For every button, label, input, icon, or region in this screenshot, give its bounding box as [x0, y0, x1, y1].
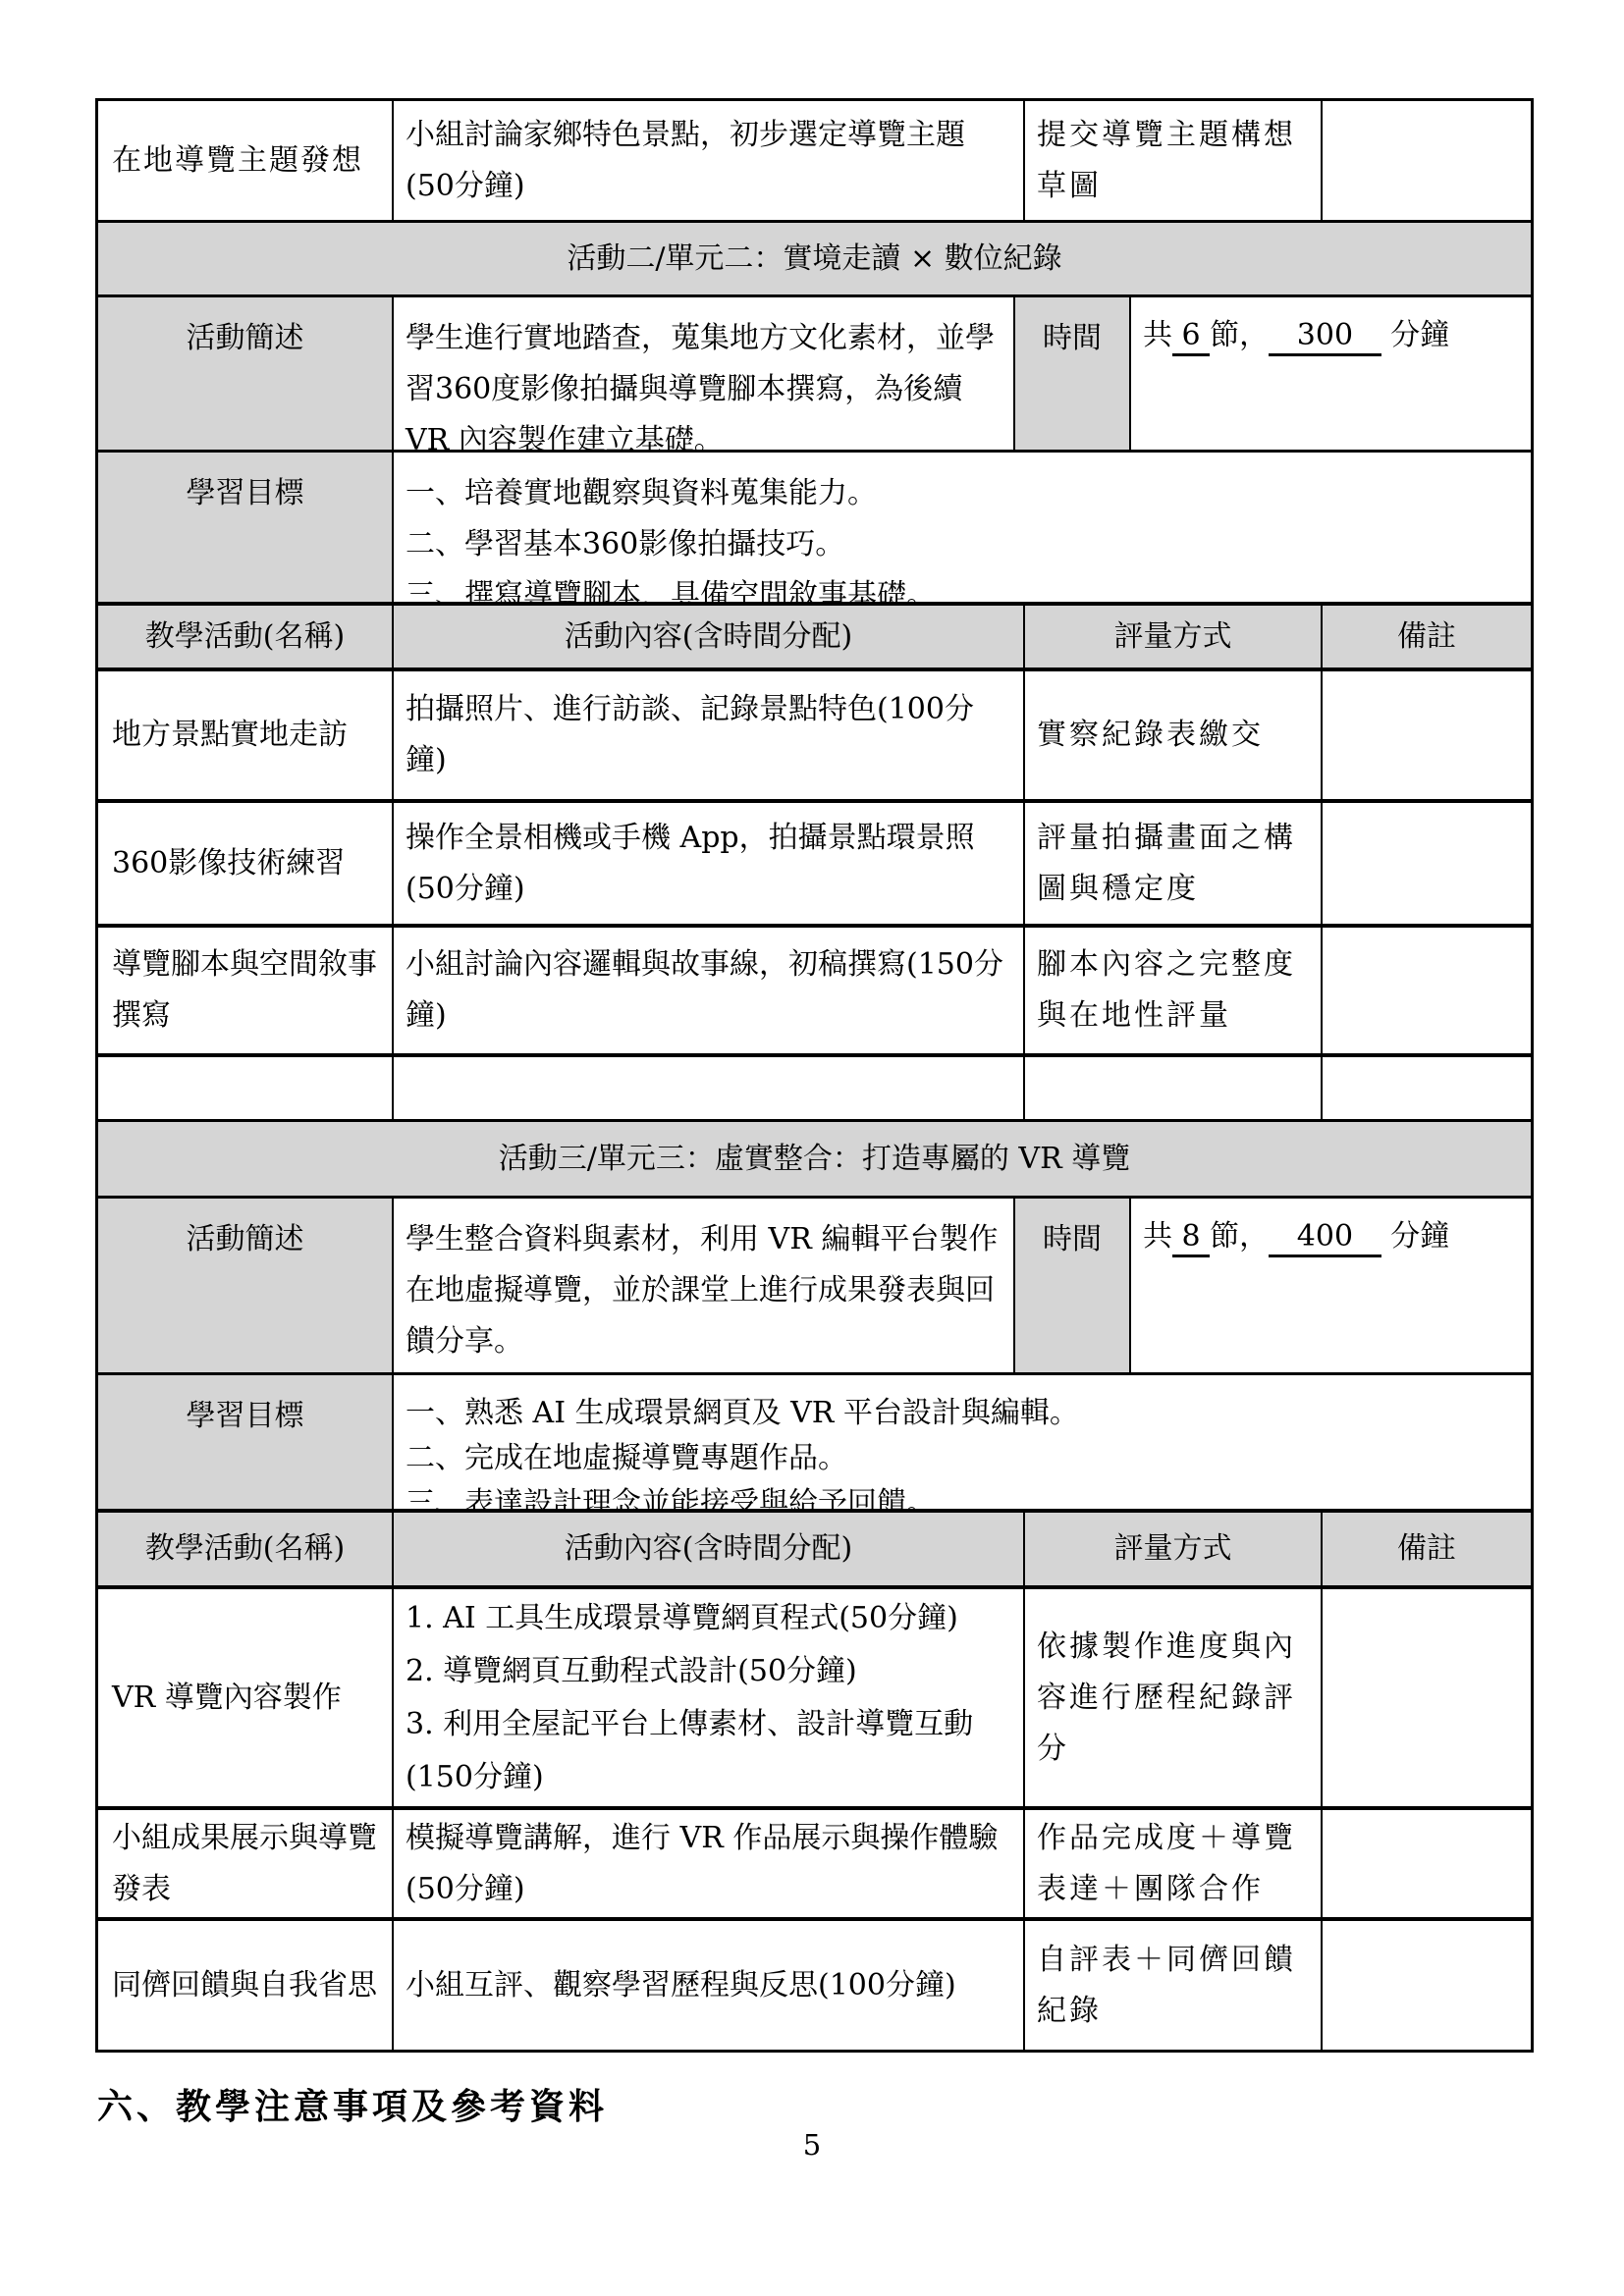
- table-row: 導覽腳本與空間敘事撰寫 小組討論內容邏輯與故事線，初稿撰寫(150分鐘) 腳本內…: [98, 928, 1531, 1057]
- col-header-activity: 教學活動(名稱): [98, 1513, 394, 1585]
- note-cell: [1323, 803, 1531, 924]
- assessment-cell: [1025, 1057, 1323, 1119]
- activity-name-cell: 地方景點實地走訪: [98, 671, 394, 799]
- activity-content-line: 2. 導覽網頁互動程式設計(50分鐘): [406, 1645, 1011, 1698]
- assessment-text: 作品完成度＋導覽表達＋團隊合作: [1037, 1813, 1309, 1915]
- activity-content-cell: 模擬導覽講解，進行 VR 作品展示與操作體驗(50分鐘): [394, 1810, 1025, 1917]
- activity-content-cell: [394, 1057, 1025, 1119]
- table-row: 地方景點實地走訪 拍攝照片、進行訪談、記錄景點特色(100分鐘) 實察紀錄表繳交: [98, 671, 1531, 803]
- time-minutes: 300: [1269, 318, 1380, 356]
- unit2-header-row: 教學活動(名稱) 活動內容(含時間分配) 評量方式 備註: [98, 606, 1531, 671]
- assessment-text: 提交導覽主題構想草圖: [1037, 110, 1309, 212]
- col-header-content: 活動內容(含時間分配): [394, 606, 1025, 667]
- activity-content-cell: 小組互評、觀察學習歷程與反思(100分鐘): [394, 1921, 1025, 2050]
- assessment-cell: 自評表＋同儕回饋紀錄: [1025, 1921, 1323, 2050]
- brief-text: 學生進行實地踏查，蒐集地方文化素材，並學習360度影像拍攝與導覽腳本撰寫，為後續…: [406, 313, 1001, 450]
- time-mid: 節，: [1210, 318, 1269, 352]
- activity-name: 在地導覽主題發想: [112, 135, 382, 187]
- time-mid: 節，: [1210, 1219, 1269, 1254]
- unit3-title: 活動三/單元三：虛實整合：打造專屬的 VR 導覽: [499, 1134, 1130, 1185]
- assessment-text: 評量拍攝畫面之構圖與穩定度: [1037, 813, 1309, 915]
- activity-content: 小組互評、觀察學習歷程與反思(100分鐘): [406, 1960, 1011, 2011]
- time-value-cell: 共 8 節， 400 分鐘: [1131, 1199, 1531, 1372]
- note-cell: [1323, 1057, 1531, 1119]
- goals-label: 學習目標: [187, 1391, 304, 1442]
- goals-content-cell: 一、熟悉 AI 生成環景網頁及 VR 平台設計與編輯。 二、完成在地虛擬導覽專題…: [394, 1375, 1531, 1509]
- activity-name-cell: 在地導覽主題發想: [98, 101, 394, 220]
- activity-name: VR 導覽內容製作: [112, 1673, 382, 1724]
- lesson-plan-table: 在地導覽主題發想 小組討論家鄉特色景點，初步選定導覽主題(50分鐘) 提交導覽主…: [95, 98, 1534, 2053]
- col-header-note: 備註: [1323, 606, 1531, 667]
- unit3-header-row: 教學活動(名稱) 活動內容(含時間分配) 評量方式 備註: [98, 1513, 1531, 1589]
- activity-name-cell: 小組成果展示與導覽發表: [98, 1810, 394, 1917]
- note-cell: [1323, 671, 1531, 799]
- activity-content-cell: 拍攝照片、進行訪談、記錄景點特色(100分鐘): [394, 671, 1025, 799]
- activity-name-cell: 360影像技術練習: [98, 803, 394, 924]
- col-header-assessment-label: 評量方式: [1114, 1523, 1232, 1575]
- unit2-title-cell: 活動二/單元二：實境走讀 × 數位紀錄: [98, 223, 1531, 294]
- time-label-cell: 時間: [1015, 1199, 1131, 1372]
- table-row: 小組成果展示與導覽發表 模擬導覽講解，進行 VR 作品展示與操作體驗(50分鐘)…: [98, 1810, 1531, 1921]
- activity-content-cell: 操作全景相機或手機 App，拍攝景點環景照(50分鐘): [394, 803, 1025, 924]
- col-header-content: 活動內容(含時間分配): [394, 1513, 1025, 1585]
- page-number: 5: [0, 2128, 1624, 2162]
- activity-content: 小組討論家鄉特色景點，初步選定導覽主題(50分鐘): [406, 110, 1011, 212]
- table-row: VR 導覽內容製作 1. AI 工具生成環景導覽網頁程式(50分鐘) 2. 導覽…: [98, 1589, 1531, 1810]
- document-page: 在地導覽主題發想 小組討論家鄉特色景點，初步選定導覽主題(50分鐘) 提交導覽主…: [0, 0, 1624, 2296]
- time-prefix: 共: [1143, 318, 1172, 352]
- unit3-goals-row: 學習目標 一、熟悉 AI 生成環景網頁及 VR 平台設計與編輯。 二、完成在地虛…: [98, 1375, 1531, 1513]
- brief-label: 活動簡述: [187, 1214, 304, 1265]
- activity-name-cell: 同儕回饋與自我省思: [98, 1921, 394, 2050]
- activity-content: 模擬導覽講解，進行 VR 作品展示與操作體驗(50分鐘): [406, 1813, 1011, 1915]
- activity-content-cell: 小組討論內容邏輯與故事線，初稿撰寫(150分鐘): [394, 928, 1025, 1053]
- time-label: 時間: [1043, 1214, 1102, 1265]
- col-header-content-label: 活動內容(含時間分配): [565, 612, 852, 663]
- goals-label: 學習目標: [187, 468, 304, 519]
- time-value: 共 6 節， 300 分鐘: [1143, 313, 1519, 358]
- goal-item: 一、熟悉 AI 生成環景網頁及 VR 平台設計與編輯。: [406, 1391, 1519, 1436]
- activity-name: 小組成果展示與導覽發表: [112, 1813, 382, 1915]
- table-row: 同儕回饋與自我省思 小組互評、觀察學習歷程與反思(100分鐘) 自評表＋同儕回饋…: [98, 1921, 1531, 2050]
- activity-name-cell: 導覽腳本與空間敘事撰寫: [98, 928, 394, 1053]
- time-value-cell: 共 6 節， 300 分鐘: [1131, 297, 1531, 450]
- col-header-activity: 教學活動(名稱): [98, 606, 394, 667]
- activity-name: 同儕回饋與自我省思: [112, 1960, 382, 2011]
- assessment-cell: 作品完成度＋導覽表達＋團隊合作: [1025, 1810, 1323, 1917]
- unit3-title-cell: 活動三/單元三：虛實整合：打造專屬的 VR 導覽: [98, 1122, 1531, 1196]
- table-row: 360影像技術練習 操作全景相機或手機 App，拍攝景點環景照(50分鐘) 評量…: [98, 803, 1531, 928]
- activity-name-cell: VR 導覽內容製作: [98, 1589, 394, 1806]
- assessment-cell: 提交導覽主題構想草圖: [1025, 101, 1323, 220]
- unit2-title-row: 活動二/單元二：實境走讀 × 數位紀錄: [98, 223, 1531, 297]
- goal-item: 一、培養實地觀察與資料蒐集能力。: [406, 468, 1519, 519]
- assessment-text: 實察紀錄表繳交: [1037, 710, 1309, 761]
- col-header-content-label: 活動內容(含時間分配): [565, 1523, 852, 1575]
- time-sessions: 6: [1172, 318, 1210, 356]
- activity-content-cell: 1. AI 工具生成環景導覽網頁程式(50分鐘) 2. 導覽網頁互動程式設計(5…: [394, 1589, 1025, 1806]
- time-label: 時間: [1043, 313, 1102, 364]
- assessment-cell: 腳本內容之完整度與在地性評量: [1025, 928, 1323, 1053]
- col-header-assessment: 評量方式: [1025, 1513, 1323, 1585]
- note-cell: [1323, 928, 1531, 1053]
- time-label-cell: 時間: [1015, 297, 1131, 450]
- assessment-text: 腳本內容之完整度與在地性評量: [1037, 939, 1309, 1041]
- assessment-text: 自評表＋同儕回饋紀錄: [1037, 1935, 1309, 2037]
- time-suffix: 分鐘: [1381, 1219, 1450, 1254]
- goal-item: 二、學習基本360影像拍攝技巧。: [406, 519, 1519, 570]
- col-header-assessment-label: 評量方式: [1114, 612, 1232, 663]
- brief-label-cell: 活動簡述: [98, 297, 394, 450]
- goals-content-cell: 一、培養實地觀察與資料蒐集能力。 二、學習基本360影像拍攝技巧。 三、撰寫導覽…: [394, 453, 1531, 602]
- unit2-goals-row: 學習目標 一、培養實地觀察與資料蒐集能力。 二、學習基本360影像拍攝技巧。 三…: [98, 453, 1531, 606]
- assessment-cell: 實察紀錄表繳交: [1025, 671, 1323, 799]
- assessment-cell: 依據製作進度與內容進行歷程紀錄評分: [1025, 1589, 1323, 1806]
- activity-name: 360影像技術練習: [112, 838, 382, 889]
- goal-item: 三、撰寫導覽腳本，具備空間敘事基礎。: [406, 570, 1519, 602]
- table-row-empty: [98, 1057, 1531, 1122]
- brief-text: 學生整合資料與素材，利用 VR 編輯平台製作在地虛擬導覽，並於課堂上進行成果發表…: [406, 1214, 1001, 1367]
- note-cell: [1323, 101, 1531, 220]
- goals-label-cell: 學習目標: [98, 453, 394, 602]
- goal-item: 三、表達設計理念並能接受與給予回饋。: [406, 1481, 1519, 1509]
- section-heading: 六、教學注意事項及參考資料: [97, 2079, 608, 2129]
- col-header-activity-label: 教學活動(名稱): [145, 612, 345, 663]
- brief-label: 活動簡述: [187, 313, 304, 364]
- time-suffix: 分鐘: [1381, 318, 1450, 352]
- note-cell: [1323, 1589, 1531, 1806]
- unit3-title-row: 活動三/單元三：虛實整合：打造專屬的 VR 導覽: [98, 1122, 1531, 1199]
- activity-content-line: 3. 利用全屋記平台上傳素材、設計導覽互動(150分鐘): [406, 1698, 1011, 1804]
- assessment-cell: 評量拍攝畫面之構圖與穩定度: [1025, 803, 1323, 924]
- unit3-brief-row: 活動簡述 學生整合資料與素材，利用 VR 編輯平台製作在地虛擬導覽，並於課堂上進…: [98, 1199, 1531, 1375]
- time-value: 共 8 節， 400 分鐘: [1143, 1214, 1519, 1259]
- brief-content-cell: 學生進行實地踏查，蒐集地方文化素材，並學習360度影像拍攝與導覽腳本撰寫，為後續…: [394, 297, 1015, 450]
- goal-item: 二、完成在地虛擬導覽專題作品。: [406, 1436, 1519, 1481]
- col-header-note-label: 備註: [1397, 1523, 1456, 1575]
- note-cell: [1323, 1921, 1531, 2050]
- note-cell: [1323, 1810, 1531, 1917]
- unit2-title: 活動二/單元二：實境走讀 × 數位紀錄: [567, 234, 1061, 285]
- assessment-text: 依據製作進度與內容進行歷程紀錄評分: [1037, 1622, 1309, 1775]
- unit2-brief-row: 活動簡述 學生進行實地踏查，蒐集地方文化素材，並學習360度影像拍攝與導覽腳本撰…: [98, 297, 1531, 453]
- table-row-intro: 在地導覽主題發想 小組討論家鄉特色景點，初步選定導覽主題(50分鐘) 提交導覽主…: [98, 101, 1531, 223]
- col-header-assessment: 評量方式: [1025, 606, 1323, 667]
- activity-name: 導覽腳本與空間敘事撰寫: [112, 939, 382, 1041]
- activity-content: 小組討論內容邏輯與故事線，初稿撰寫(150分鐘): [406, 939, 1011, 1041]
- col-header-activity-label: 教學活動(名稱): [145, 1523, 345, 1575]
- brief-label-cell: 活動簡述: [98, 1199, 394, 1372]
- activity-content: 拍攝照片、進行訪談、記錄景點特色(100分鐘): [406, 684, 1011, 786]
- activity-name-cell: [98, 1057, 394, 1119]
- brief-content-cell: 學生整合資料與素材，利用 VR 編輯平台製作在地虛擬導覽，並於課堂上進行成果發表…: [394, 1199, 1015, 1372]
- time-sessions: 8: [1172, 1219, 1210, 1257]
- time-prefix: 共: [1143, 1219, 1172, 1254]
- goals-label-cell: 學習目標: [98, 1375, 394, 1509]
- activity-content: 操作全景相機或手機 App，拍攝景點環景照(50分鐘): [406, 813, 1011, 915]
- col-header-note: 備註: [1323, 1513, 1531, 1585]
- col-header-note-label: 備註: [1397, 612, 1456, 663]
- activity-content-cell: 小組討論家鄉特色景點，初步選定導覽主題(50分鐘): [394, 101, 1025, 220]
- time-minutes: 400: [1269, 1219, 1380, 1257]
- activity-name: 地方景點實地走訪: [112, 710, 382, 761]
- activity-content-line: 1. AI 工具生成環景導覽網頁程式(50分鐘): [406, 1592, 1011, 1645]
